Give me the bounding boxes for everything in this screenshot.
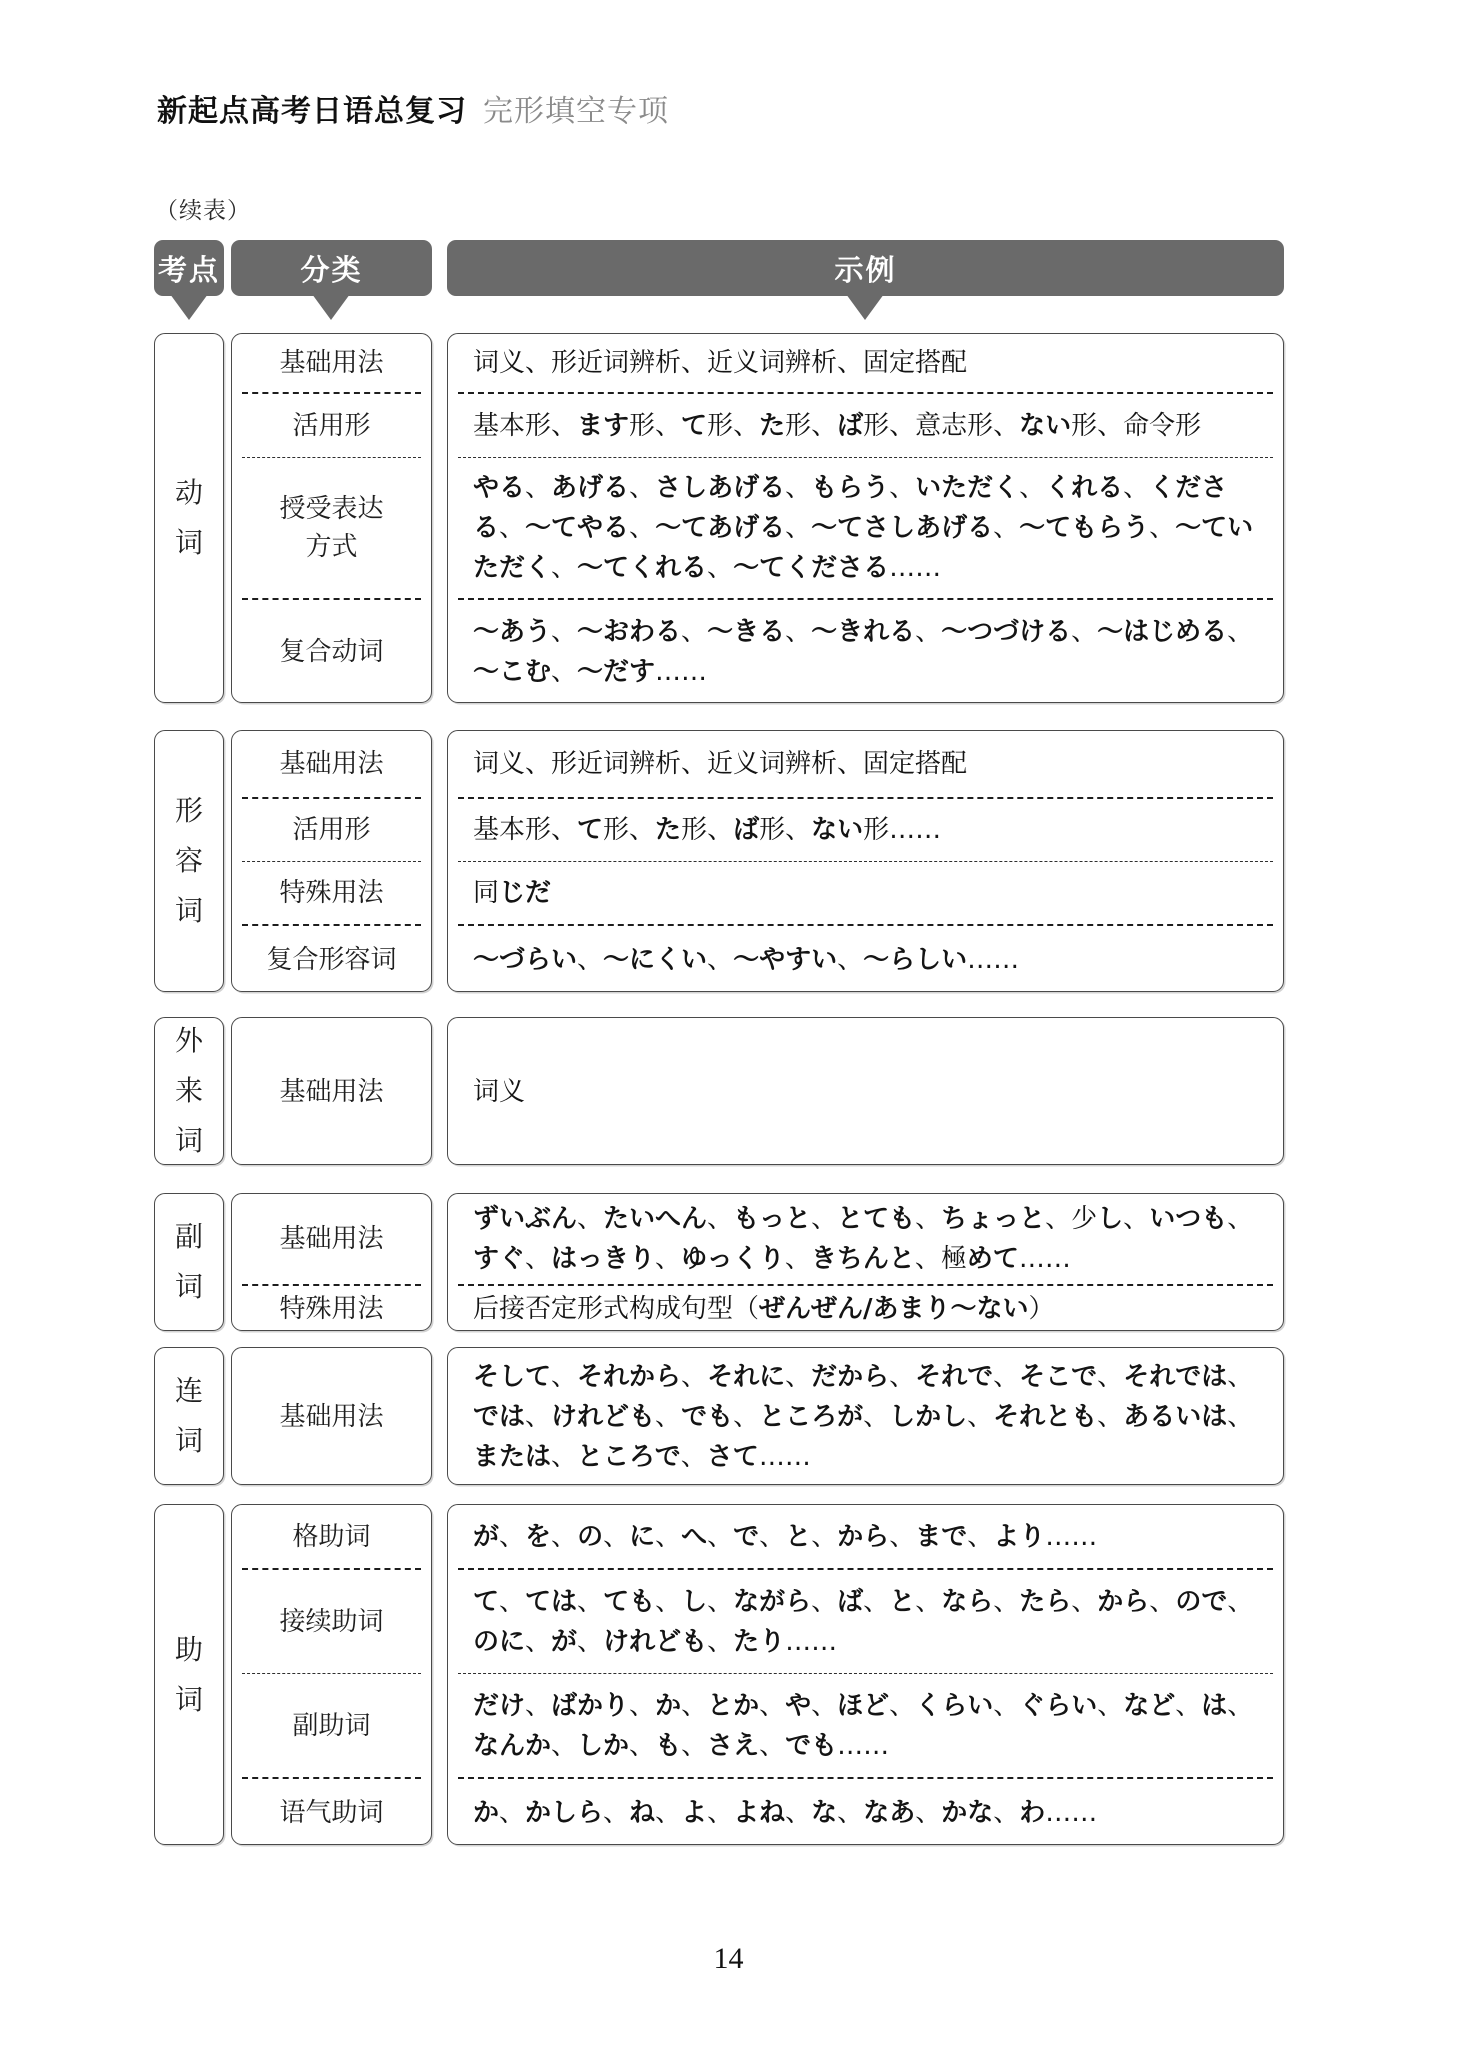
example-text: ～あう、～おわる、～きる、～きれる、～つづける、～はじめる、～こむ、～だす…… — [473, 612, 1255, 692]
topic-label: 外来词 — [174, 1017, 204, 1165]
topic-cell: 助词 — [154, 1504, 224, 1845]
example-column: が、を、の、に、へ、で、と、から、まで、より……て、ては、ても、し、ながら、ば、… — [447, 1504, 1284, 1845]
example-text: 同じだ — [473, 873, 551, 913]
column-header-shili: 示例 — [447, 240, 1284, 296]
example-text: て、ては、ても、し、ながら、ば、と、なら、たら、から、ので、のに、が、けれども、… — [473, 1582, 1255, 1662]
category-cell: 基础用法 — [242, 1194, 421, 1284]
example-text: ～づらい、～にくい、～やすい、～らしい…… — [473, 940, 1019, 980]
category-cell: 副助词 — [242, 1673, 421, 1777]
example-cell: 词义 — [458, 1018, 1273, 1165]
example-cell: 后接否定形式构成句型（ぜんぜん/あまり～ない） — [458, 1284, 1273, 1331]
category-column: 基础用法活用形特殊用法复合形容词 — [231, 730, 432, 992]
category-cell: 活用形 — [242, 797, 421, 861]
example-cell: か、かしら、ね、よ、よね、な、なあ、かな、わ…… — [458, 1777, 1273, 1845]
example-text: やる、あげる、さしあげる、もらう、いただく、くれる、くださる、～てやる、～てあげ… — [473, 468, 1255, 588]
example-text: 词义、形近词辨析、近义词辨析、固定搭配 — [473, 744, 967, 784]
example-cell: だけ、ばかり、か、とか、や、ほど、くらい、ぐらい、など、は、なんか、しか、も、さ… — [458, 1673, 1273, 1777]
example-cell: 词义、形近词辨析、近义词辨析、固定搭配 — [458, 334, 1273, 392]
pointer-down-icon — [312, 294, 350, 320]
category-cell: 基础用法 — [242, 334, 421, 392]
category-cell: 基础用法 — [242, 731, 421, 797]
topic-label: 连词 — [174, 1366, 204, 1466]
running-header: 新起点高考日语总复习完形填空专项 — [157, 86, 669, 130]
book-title: 新起点高考日语总复习 — [157, 94, 467, 129]
category-cell: 复合动词 — [242, 598, 421, 703]
category-column: 格助词接续助词副助词语气助词 — [231, 1504, 432, 1845]
example-cell: やる、あげる、さしあげる、もらう、いただく、くれる、くださる、～てやる、～てあげ… — [458, 457, 1273, 598]
example-text: 基本形、て形、た形、ば形、ない形…… — [473, 810, 941, 850]
category-cell: 特殊用法 — [242, 861, 421, 924]
topic-label: 动词 — [174, 468, 204, 568]
continued-table-note: （续表） — [155, 192, 251, 225]
example-text: 基本形、ます形、て形、た形、ば形、意志形、ない形、命令形 — [473, 406, 1201, 446]
example-text: 词义、形近词辨析、近义词辨析、固定搭配 — [473, 343, 967, 383]
category-column: 基础用法 — [231, 1017, 432, 1165]
category-cell: 基础用法 — [242, 1348, 421, 1485]
column-header-kaodian: 考点 — [154, 240, 224, 296]
example-text: そして、それから、それに、だから、それで、そこで、それでは、では、けれども、でも… — [473, 1357, 1255, 1477]
example-cell: て、ては、ても、し、ながら、ば、と、なら、たら、から、ので、のに、が、けれども、… — [458, 1568, 1273, 1673]
category-cell: 基础用法 — [242, 1018, 421, 1165]
topic-cell: 外来词 — [154, 1017, 224, 1165]
example-cell: 基本形、ます形、て形、た形、ば形、意志形、ない形、命令形 — [458, 392, 1273, 457]
topic-label: 形容词 — [174, 786, 204, 936]
category-cell: 接续助词 — [242, 1568, 421, 1673]
example-text: ずいぶん、たいへん、もっと、とても、ちょっと、少し、いつも、すぐ、はっきり、ゆっ… — [473, 1199, 1255, 1279]
category-cell: 特殊用法 — [242, 1284, 421, 1331]
example-cell: ずいぶん、たいへん、もっと、とても、ちょっと、少し、いつも、すぐ、はっきり、ゆっ… — [458, 1194, 1273, 1284]
example-text: 后接否定形式构成句型（ぜんぜん/あまり～ない） — [473, 1289, 1055, 1329]
example-column: 词义、形近词辨析、近义词辨析、固定搭配基本形、ます形、て形、た形、ば形、意志形、… — [447, 333, 1284, 703]
example-column: 词义 — [447, 1017, 1284, 1165]
page-number: 14 — [0, 1942, 1457, 1976]
category-cell: 授受表达 方式 — [242, 457, 421, 598]
category-column: 基础用法活用形授受表达 方式复合动词 — [231, 333, 432, 703]
category-cell: 活用形 — [242, 392, 421, 457]
topic-label: 副词 — [174, 1212, 204, 1312]
example-text: か、かしら、ね、よ、よね、な、なあ、かな、わ…… — [473, 1793, 1097, 1833]
example-text: 词义 — [473, 1072, 525, 1112]
example-cell: 基本形、て形、た形、ば形、ない形…… — [458, 797, 1273, 861]
example-cell: 同じだ — [458, 861, 1273, 924]
topic-cell: 动词 — [154, 333, 224, 703]
example-cell: そして、それから、それに、だから、それで、そこで、それでは、では、けれども、でも… — [458, 1348, 1273, 1485]
example-cell: ～あう、～おわる、～きる、～きれる、～つづける、～はじめる、～こむ、～だす…… — [458, 598, 1273, 703]
topic-cell: 副词 — [154, 1193, 224, 1331]
example-column: 词义、形近词辨析、近义词辨析、固定搭配基本形、て形、た形、ば形、ない形……同じだ… — [447, 730, 1284, 992]
example-cell: ～づらい、～にくい、～やすい、～らしい…… — [458, 924, 1273, 992]
topic-label: 助词 — [174, 1625, 204, 1725]
example-cell: が、を、の、に、へ、で、と、から、まで、より…… — [458, 1505, 1273, 1568]
example-text: だけ、ばかり、か、とか、や、ほど、くらい、ぐらい、など、は、なんか、しか、も、さ… — [473, 1686, 1255, 1766]
example-column: ずいぶん、たいへん、もっと、とても、ちょっと、少し、いつも、すぐ、はっきり、ゆっ… — [447, 1193, 1284, 1331]
category-cell: 语气助词 — [242, 1777, 421, 1845]
pointer-down-icon — [846, 294, 884, 320]
example-column: そして、それから、それに、だから、それで、そこで、それでは、では、けれども、でも… — [447, 1347, 1284, 1485]
category-column: 基础用法特殊用法 — [231, 1193, 432, 1331]
chapter-title: 完形填空专项 — [483, 94, 669, 129]
category-cell: 格助词 — [242, 1505, 421, 1568]
topic-cell: 形容词 — [154, 730, 224, 992]
example-text: が、を、の、に、へ、で、と、から、まで、より…… — [473, 1517, 1097, 1557]
topic-cell: 连词 — [154, 1347, 224, 1485]
category-column: 基础用法 — [231, 1347, 432, 1485]
document-page: 新起点高考日语总复习完形填空专项 （续表） 考点 分类 示例 动词基础用法活用形… — [0, 0, 1457, 2048]
column-header-fenlei: 分类 — [231, 240, 432, 296]
pointer-down-icon — [170, 294, 208, 320]
category-cell: 复合形容词 — [242, 924, 421, 992]
example-cell: 词义、形近词辨析、近义词辨析、固定搭配 — [458, 731, 1273, 797]
